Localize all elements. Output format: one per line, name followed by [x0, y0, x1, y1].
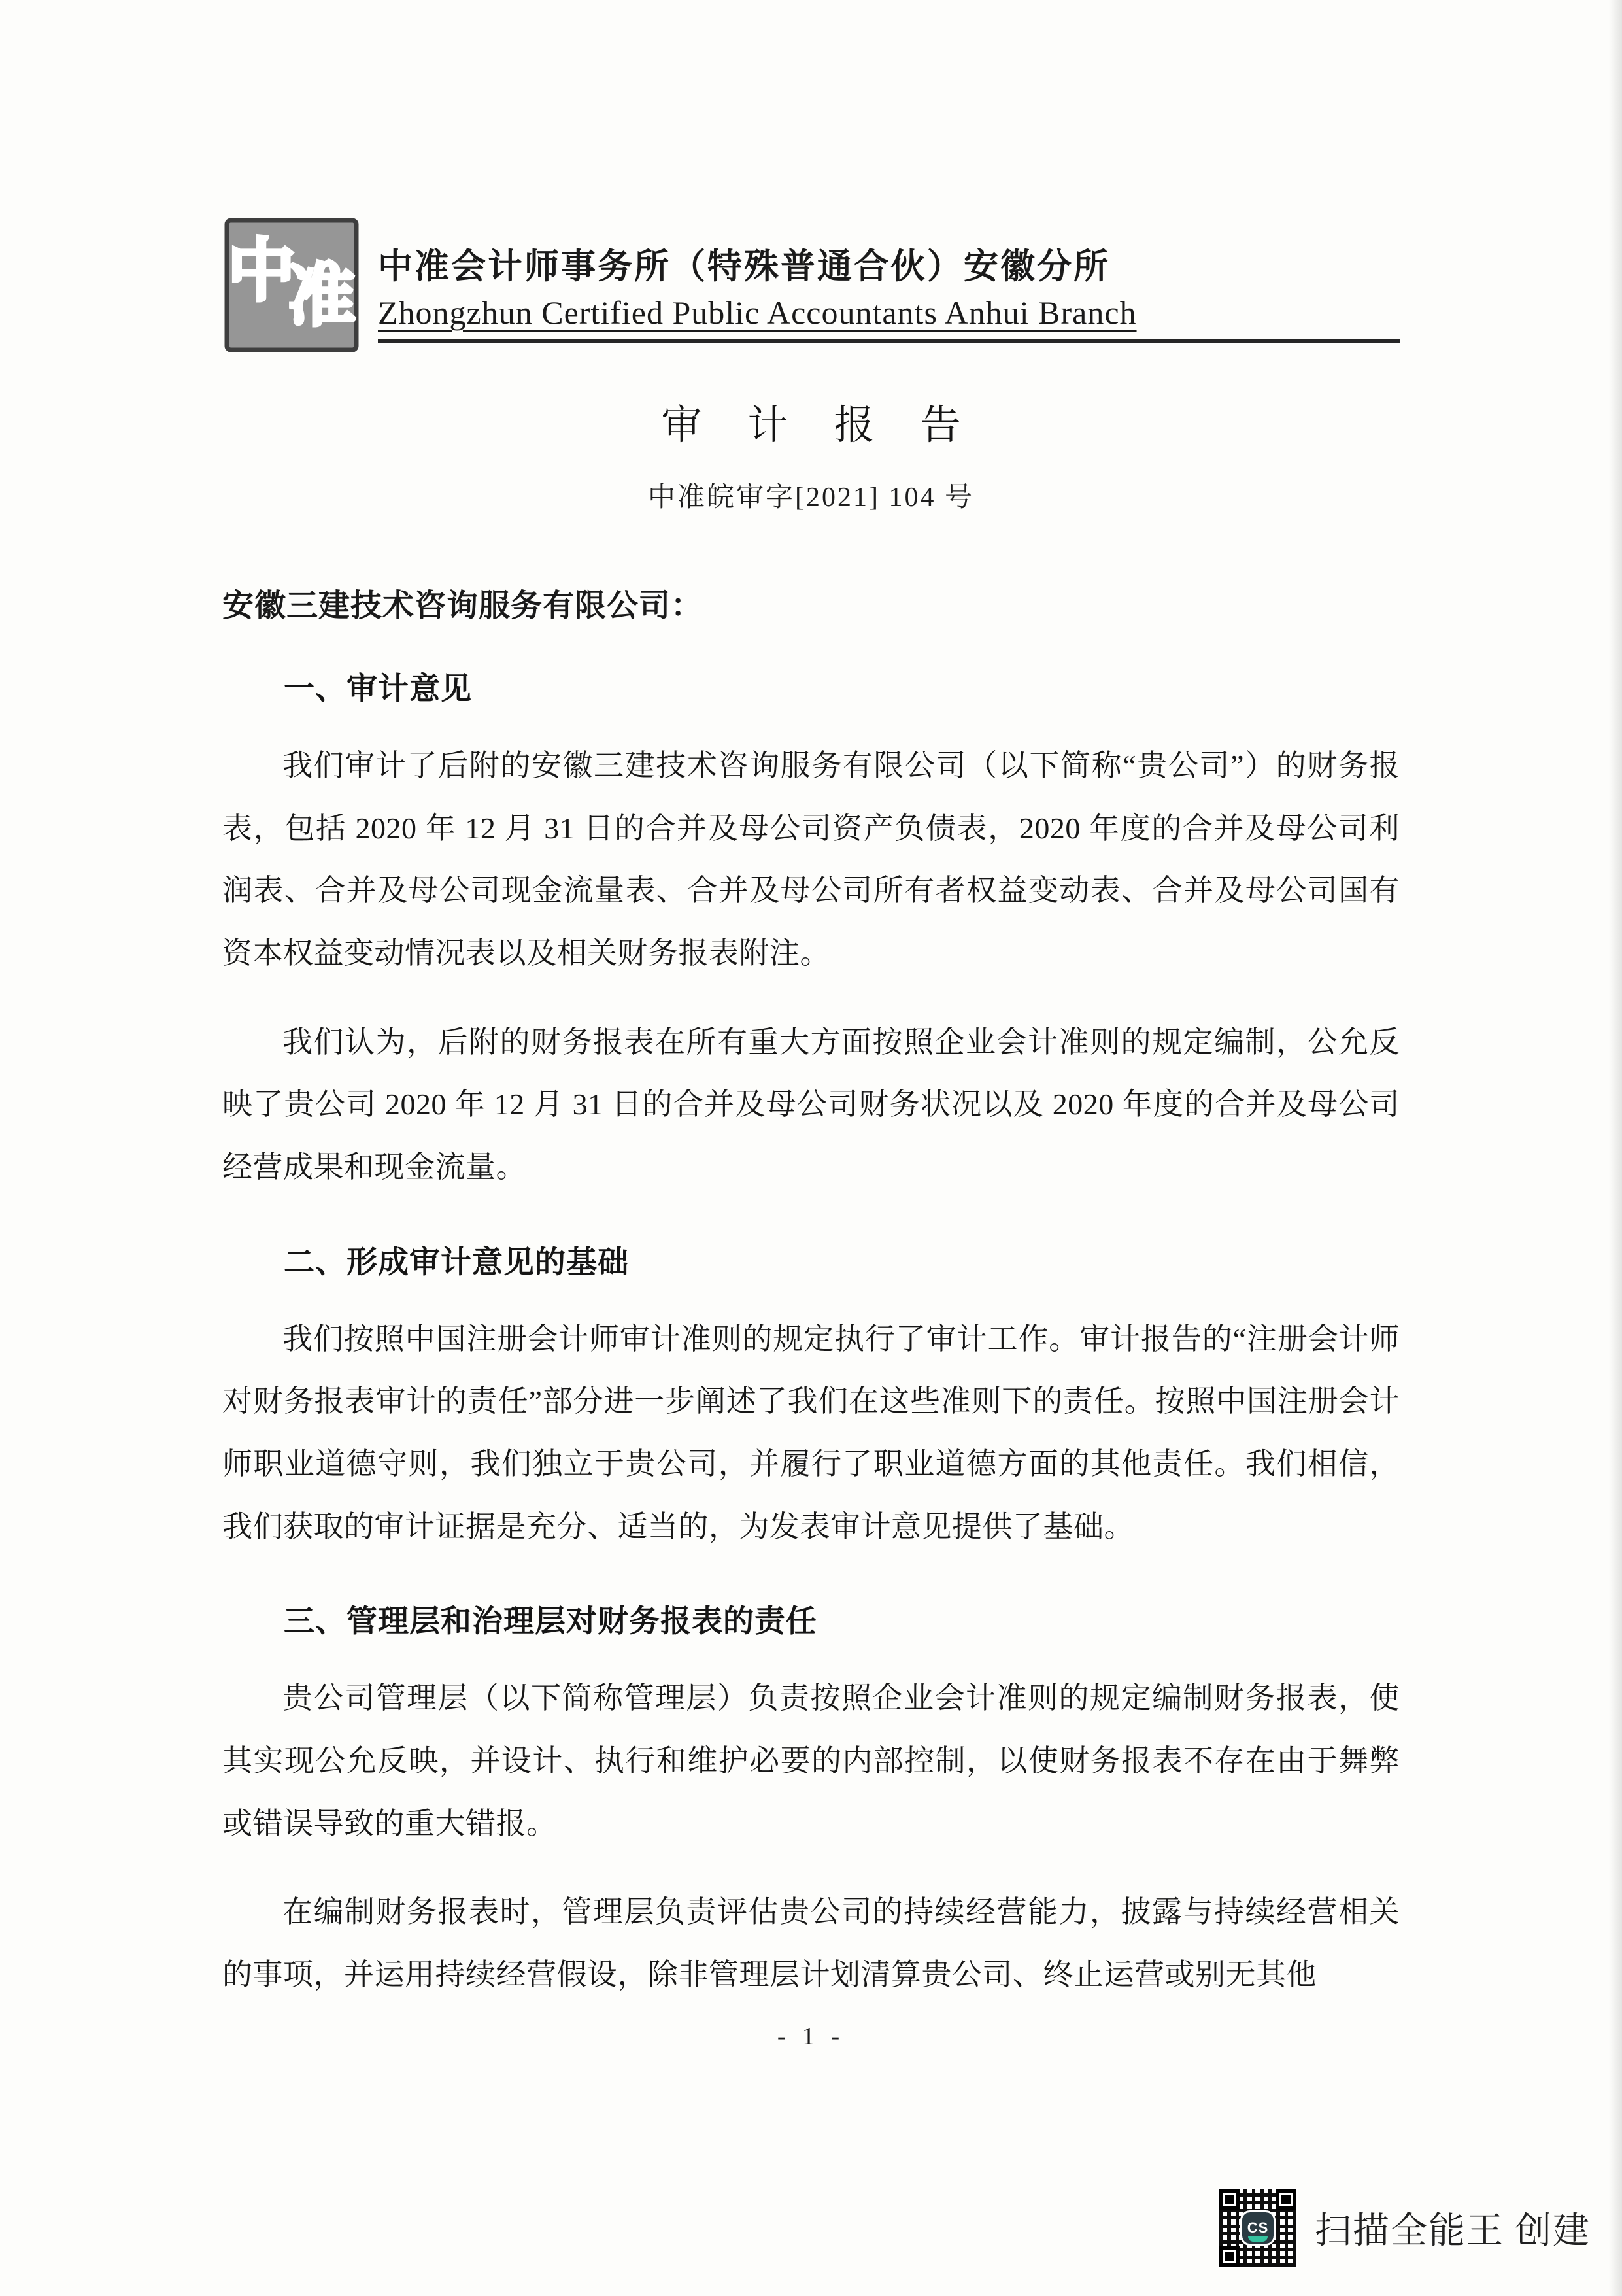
- camscanner-qr-code: CS: [1219, 2189, 1296, 2267]
- cs-logo-arc: [1248, 2236, 1268, 2242]
- document-page: 中 准 中准会计师事务所（特殊普通合伙）安徽分所 Zhongzhun Certi…: [0, 0, 1622, 2296]
- firm-name-chinese: 中准会计师事务所（特殊普通合伙）安徽分所: [378, 246, 1400, 288]
- paragraph-opinion-statement: 我们认为，后附的财务报表在所有重大方面按照企业会计准则的规定编制，公允反映了贵公…: [222, 1011, 1400, 1199]
- letterhead-rule: 中准会计师事务所（特殊普通合伙）安徽分所 Zhongzhun Certified…: [378, 216, 1400, 343]
- section-heading-basis-for-opinion: 二、形成审计意见的基础: [222, 1238, 1400, 1282]
- cs-logo-text: CS: [1247, 2219, 1269, 2236]
- paragraph-basis-for-opinion: 我们按照中国注册会计师审计准则的规定执行了审计工作。审计报告的“注册会计师对财务…: [222, 1308, 1400, 1558]
- qr-finder-icon: [1276, 2189, 1296, 2210]
- letterhead: 中 准 中准会计师事务所（特殊普通合伙）安徽分所 Zhongzhun Certi…: [222, 216, 1400, 354]
- camscanner-watermark: CS 扫描全能王 创建: [1219, 2189, 1591, 2267]
- firm-seal-logo: 中 准: [222, 216, 361, 354]
- qr-finder-icon: [1219, 2189, 1240, 2210]
- report-title: 审计报告: [222, 392, 1400, 451]
- page-number: - 1 -: [0, 2022, 1622, 2051]
- addressee-line: 安徽三建技术咨询服务有限公司：: [222, 580, 1400, 625]
- paragraph-management-responsibility: 贵公司管理层（以下简称管理层）负责按照企业会计准则的规定编制财务报表，使其实现公…: [222, 1667, 1400, 1855]
- firm-name-english: Zhongzhun Certified Public Accountants A…: [378, 292, 1400, 334]
- paragraph-opinion-scope: 我们审计了后附的安徽三建技术咨询服务有限公司（以下简称“贵公司”）的财务报表，包…: [222, 734, 1400, 985]
- scan-edge-shadow: [1609, 0, 1622, 2296]
- section-heading-management-responsibility: 三、管理层和治理层对财务报表的责任: [222, 1597, 1400, 1641]
- paragraph-going-concern: 在编制财务报表时，管理层负责评估贵公司的持续经营能力，披露与持续经营相关的事项，…: [222, 1881, 1400, 2006]
- seal-char-zhun: 准: [288, 259, 356, 334]
- section-heading-audit-opinion: 一、审计意见: [222, 664, 1400, 708]
- camscanner-watermark-text: 扫描全能王 创建: [1315, 2202, 1591, 2254]
- qr-finder-icon: [1219, 2246, 1240, 2267]
- document-number: 中准皖审字[2021] 104 号: [222, 475, 1400, 515]
- seal-char-zhong: 中: [228, 234, 296, 309]
- camscanner-cs-logo-icon: CS: [1242, 2212, 1274, 2244]
